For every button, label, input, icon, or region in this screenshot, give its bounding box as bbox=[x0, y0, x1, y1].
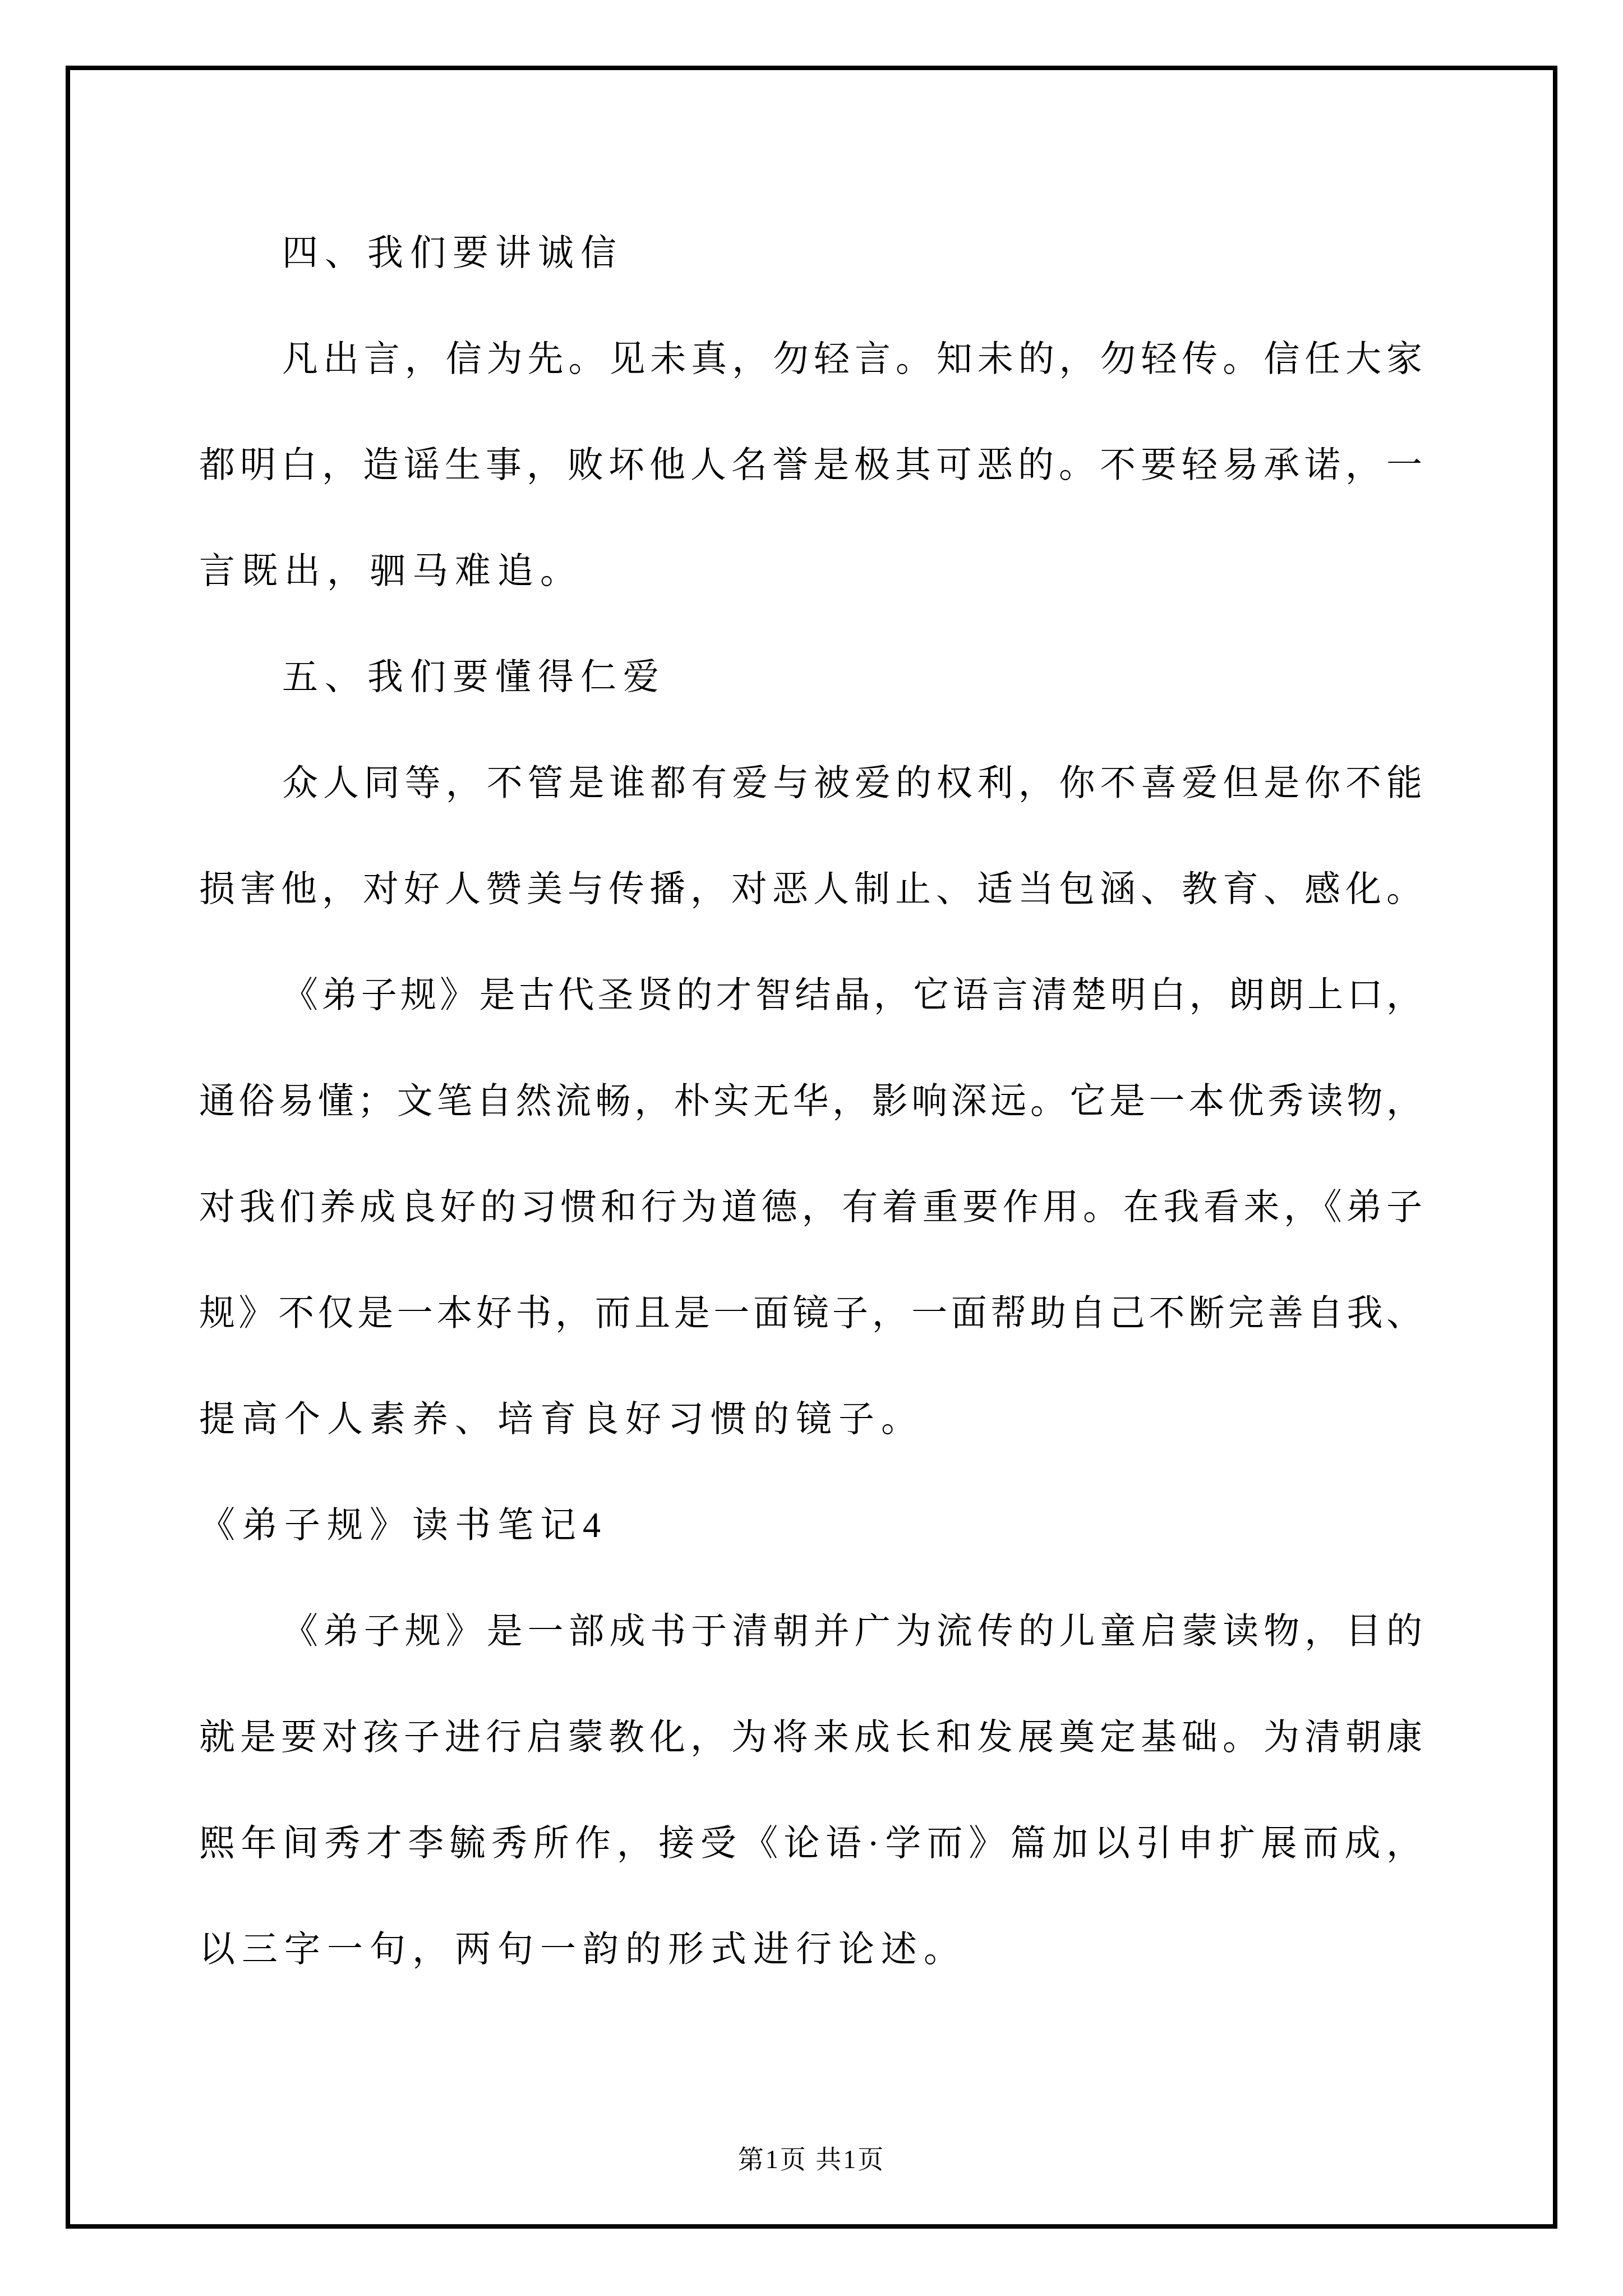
heading-line-four: 四、我们要讲诚信 bbox=[199, 200, 1425, 306]
document-page: { "document": { "lines": [ "四、我们要讲诚信", "… bbox=[0, 0, 1623, 2296]
text-line: 通俗易懂；文笔自然流畅，朴实无华，影响深远。它是一本优秀读物， bbox=[199, 1048, 1425, 1154]
text-line: 以三字一句，两句一韵的形式进行论述。 bbox=[199, 1896, 1425, 2002]
text-line: 言既出，驷马难追。 bbox=[199, 518, 1425, 624]
page-border-frame: 四、我们要讲诚信 凡出言，信为先。见未真，勿轻言。知未的，勿轻传。信任大家 都明… bbox=[66, 66, 1557, 2229]
text-line: 损害他，对好人赞美与传播，对恶人制止、适当包涵、教育、感化。 bbox=[199, 836, 1425, 942]
subtitle-line: 《弟子规》读书笔记4 bbox=[199, 1472, 1425, 1578]
text-line: 熙年间秀才李毓秀所作，接受《论语·学而》篇加以引申扩展而成， bbox=[199, 1790, 1425, 1896]
text-line: 凡出言，信为先。见未真，勿轻言。知未的，勿轻传。信任大家 bbox=[199, 306, 1425, 412]
text-line: 就是要对孩子进行启蒙教化，为将来成长和发展奠定基础。为清朝康 bbox=[199, 1684, 1425, 1790]
heading-line-five: 五、我们要懂得仁爱 bbox=[199, 624, 1425, 730]
text-line: 规》不仅是一本好书，而且是一面镜子，一面帮助自己不断完善自我、 bbox=[199, 1260, 1425, 1366]
text-line: 提高个人素养、培育良好习惯的镜子。 bbox=[199, 1366, 1425, 1472]
document-text-block: 四、我们要讲诚信 凡出言，信为先。见未真，勿轻言。知未的，勿轻传。信任大家 都明… bbox=[199, 200, 1425, 2002]
text-line: 对我们养成良好的习惯和行为道德，有着重要作用。在我看来，《弟子 bbox=[199, 1154, 1425, 1260]
text-line: 都明白，造谣生事，败坏他人名誉是极其可恶的。不要轻易承诺，一 bbox=[199, 412, 1425, 518]
text-line: 《弟子规》是古代圣贤的才智结晶，它语言清楚明白，朗朗上口， bbox=[199, 942, 1425, 1048]
text-line: 众人同等，不管是谁都有爱与被爱的权利，你不喜爱但是你不能 bbox=[199, 730, 1425, 836]
page-number: 第1页 共1页 bbox=[70, 2143, 1553, 2177]
text-line: 《弟子规》是一部成书于清朝并广为流传的儿童启蒙读物，目的 bbox=[199, 1578, 1425, 1684]
